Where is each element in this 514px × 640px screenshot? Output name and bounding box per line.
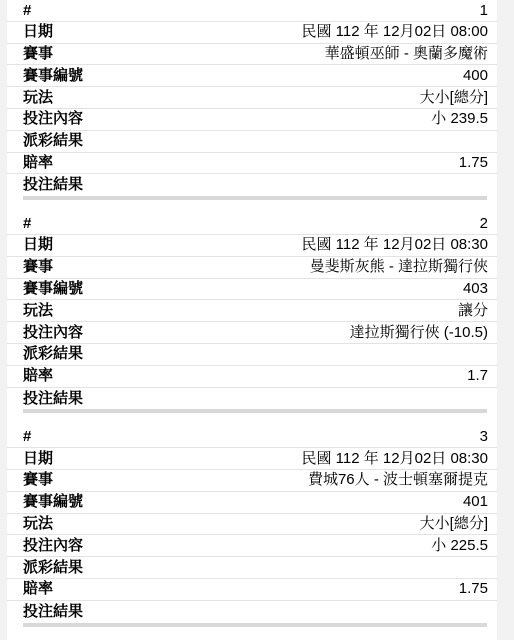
- records-container: # 1 日期 民國 112 年 12月02日 08:00 賽事 華盛頓巫師 - …: [7, 0, 497, 627]
- field-value: 民國 112 年 12月02日 08:00: [302, 21, 489, 43]
- record-row-date: 日期 民國 112 年 12月02日 08:30: [7, 235, 497, 257]
- field-label: 賽事編號: [23, 491, 83, 513]
- bet-record-card: # 1 日期 民國 112 年 12月02日 08:00 賽事 華盛頓巫師 - …: [7, 0, 497, 200]
- field-label: 投注內容: [23, 108, 83, 130]
- record-rows: # 3 日期 民國 112 年 12月02日 08:30 賽事 費城76人 - …: [7, 426, 497, 622]
- record-row-payout-result: 派彩結果: [7, 557, 497, 579]
- field-label: 派彩結果: [23, 343, 83, 365]
- record-rows: # 2 日期 民國 112 年 12月02日 08:30 賽事 曼斐斯灰熊 - …: [7, 213, 497, 409]
- field-value: 1.75: [459, 152, 488, 174]
- record-row-bet-result: 投注結果: [7, 174, 497, 196]
- field-value: 達拉斯獨行俠 (-10.5): [350, 322, 488, 344]
- bet-record-card: # 3 日期 民國 112 年 12月02日 08:30 賽事 費城76人 - …: [7, 426, 497, 626]
- field-label: 賽事: [23, 43, 53, 65]
- record-row-event: 賽事 華盛頓巫師 - 奧蘭多魔術: [7, 44, 497, 66]
- field-value: 曼斐斯灰熊 - 達拉斯獨行俠: [310, 256, 488, 278]
- record-row-play: 玩法 大小[總分]: [7, 87, 497, 109]
- field-label: 日期: [23, 234, 53, 256]
- record-row-event-no: 賽事編號 401: [7, 492, 497, 514]
- record-row-num: # 1: [7, 0, 497, 22]
- field-value: 小 225.5: [431, 535, 488, 557]
- record-row-event: 賽事 曼斐斯灰熊 - 達拉斯獨行俠: [7, 257, 497, 279]
- bet-record-card: # 2 日期 民國 112 年 12月02日 08:30 賽事 曼斐斯灰熊 - …: [7, 213, 497, 413]
- field-label: 賽事: [23, 469, 53, 491]
- field-value: 費城76人 - 波士頓塞爾提克: [308, 469, 488, 491]
- record-row-bet-content: 投注內容 達拉斯獨行俠 (-10.5): [7, 322, 497, 344]
- field-label: 日期: [23, 448, 53, 470]
- field-label: 賽事編號: [23, 65, 83, 87]
- field-label: 賠率: [23, 365, 53, 387]
- record-row-event-no: 賽事編號 403: [7, 279, 497, 301]
- record-row-bet-content: 投注內容 小 239.5: [7, 109, 497, 131]
- field-value: 大小[總分]: [420, 87, 488, 109]
- field-value: 1.7: [467, 365, 488, 387]
- record-row-date: 日期 民國 112 年 12月02日 08:00: [7, 22, 497, 44]
- field-label: 投注結果: [23, 601, 83, 623]
- field-value: 3: [480, 426, 488, 448]
- field-value: 400: [463, 65, 488, 87]
- field-label: 賽事編號: [23, 278, 83, 300]
- field-label: 投注內容: [23, 322, 83, 344]
- field-value: 2: [480, 213, 488, 235]
- field-label: 派彩結果: [23, 130, 83, 152]
- record-row-event: 賽事 費城76人 - 波士頓塞爾提克: [7, 470, 497, 492]
- record-row-bet-content: 投注內容 小 225.5: [7, 535, 497, 557]
- record-row-num: # 3: [7, 426, 497, 448]
- bet-history-list: # 1 日期 民國 112 年 12月02日 08:00 賽事 華盛頓巫師 - …: [7, 0, 497, 640]
- field-label: 投注內容: [23, 535, 83, 557]
- section-divider: [23, 409, 487, 413]
- field-label: 賠率: [23, 152, 53, 174]
- record-row-payout-result: 派彩結果: [7, 131, 497, 153]
- record-row-date: 日期 民國 112 年 12月02日 08:30: [7, 448, 497, 470]
- field-label: #: [23, 426, 31, 448]
- field-value: 讓分: [458, 300, 488, 322]
- field-label: 派彩結果: [23, 557, 83, 579]
- field-value: 華盛頓巫師 - 奧蘭多魔術: [325, 43, 488, 65]
- field-value: 大小[總分]: [420, 513, 488, 535]
- record-row-play: 玩法 讓分: [7, 300, 497, 322]
- field-value: 民國 112 年 12月02日 08:30: [302, 448, 489, 470]
- record-row-odds: 賠率 1.75: [7, 153, 497, 175]
- record-row-bet-result: 投注結果: [7, 388, 497, 410]
- field-label: 玩法: [23, 300, 53, 322]
- field-value: 小 239.5: [431, 108, 488, 130]
- field-value: 401: [463, 491, 488, 513]
- record-row-num: # 2: [7, 213, 497, 235]
- field-label: 賠率: [23, 578, 53, 600]
- record-row-odds: 賠率 1.7: [7, 366, 497, 388]
- field-label: 玩法: [23, 87, 53, 109]
- field-value: 403: [463, 278, 488, 300]
- record-row-payout-result: 派彩結果: [7, 344, 497, 366]
- field-label: 賽事: [23, 256, 53, 278]
- field-label: #: [23, 0, 31, 21]
- record-row-event-no: 賽事編號 400: [7, 65, 497, 87]
- field-value: 1: [480, 0, 488, 21]
- field-label: 投注結果: [23, 174, 83, 196]
- section-divider: [23, 196, 487, 200]
- field-label: 日期: [23, 21, 53, 43]
- field-value: 1.75: [459, 578, 488, 600]
- field-label: 投注結果: [23, 388, 83, 410]
- section-divider: [23, 623, 487, 627]
- field-label: #: [23, 213, 31, 235]
- record-row-odds: 賠率 1.75: [7, 579, 497, 601]
- field-label: 玩法: [23, 513, 53, 535]
- field-value: 民國 112 年 12月02日 08:30: [302, 234, 489, 256]
- record-row-play: 玩法 大小[總分]: [7, 514, 497, 536]
- record-rows: # 1 日期 民國 112 年 12月02日 08:00 賽事 華盛頓巫師 - …: [7, 0, 497, 196]
- record-row-bet-result: 投注結果: [7, 601, 497, 623]
